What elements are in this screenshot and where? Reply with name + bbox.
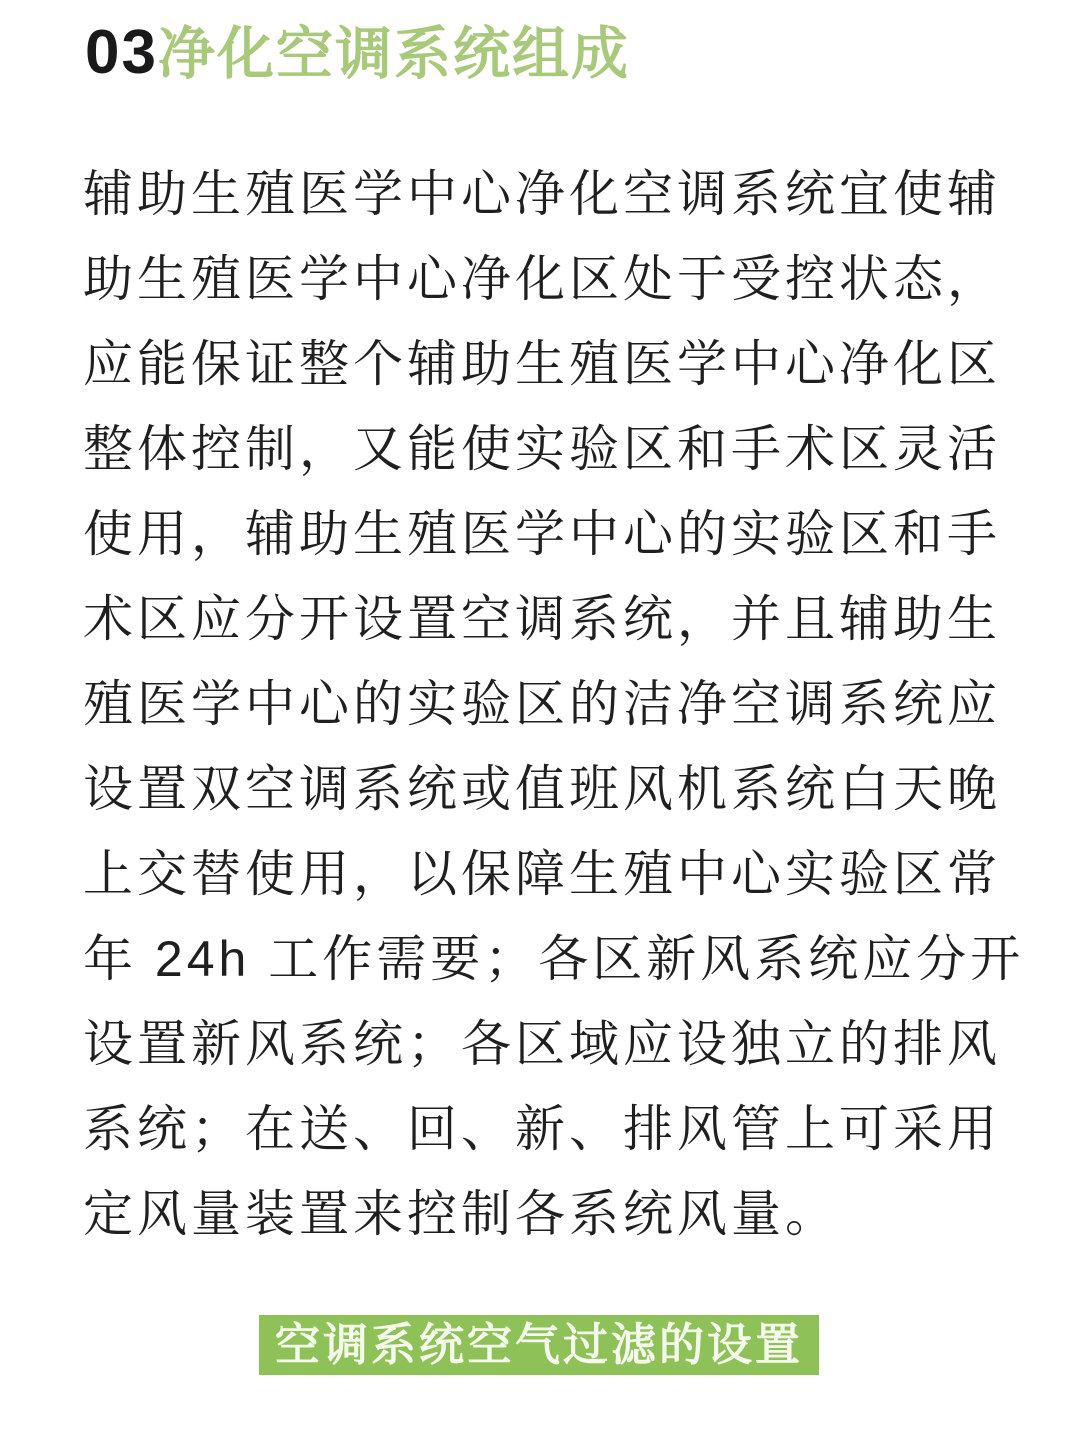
article-page: 03净化空调系统组成 辅助生殖医学中心净化空调系统宜使辅 助生殖医学中心净化区处… [0,0,1078,1438]
banner-row: 空调系统空气过滤的设置 [0,1315,1078,1375]
paragraph-line: 应能保证整个辅助生殖医学中心净化区 [83,322,1023,407]
paragraph-line: 上交替使用，以保障生殖中心实验区常 [83,832,1023,917]
paragraph-line: 设置双空调系统或值班风机系统白天晚 [83,747,1023,832]
section-header: 03净化空调系统组成 [85,16,630,106]
paragraph-line: 术区应分开设置空调系统，并且辅助生 [83,577,1023,662]
paragraph-line: 殖医学中心的实验区的洁净空调系统应 [83,662,1023,747]
paragraph-line: 系统；在送、回、新、排风管上可采用 [83,1087,1023,1172]
paragraph-line: 辅助生殖医学中心净化空调系统宜使辅 [83,152,1023,237]
section-title: 净化空调系统组成 [158,22,630,86]
paragraph-line: 助生殖医学中心净化区处于受控状态， [83,237,1023,322]
section-number: 03 [85,18,158,87]
paragraph-line: 整体控制，又能使实验区和手术区灵活 [83,407,1023,492]
body-paragraph: 辅助生殖医学中心净化空调系统宜使辅 助生殖医学中心净化区处于受控状态， 应能保证… [83,152,1023,1257]
paragraph-line: 年 24h 工作需要；各区新风系统应分开 [83,917,1023,1002]
paragraph-line: 使用，辅助生殖医学中心的实验区和手 [83,492,1023,577]
paragraph-line: 设置新风系统；各区域应设独立的排风 [83,1002,1023,1087]
subsection-banner: 空调系统空气过滤的设置 [259,1315,819,1375]
paragraph-line: 定风量装置来控制各系统风量。 [83,1172,1023,1257]
